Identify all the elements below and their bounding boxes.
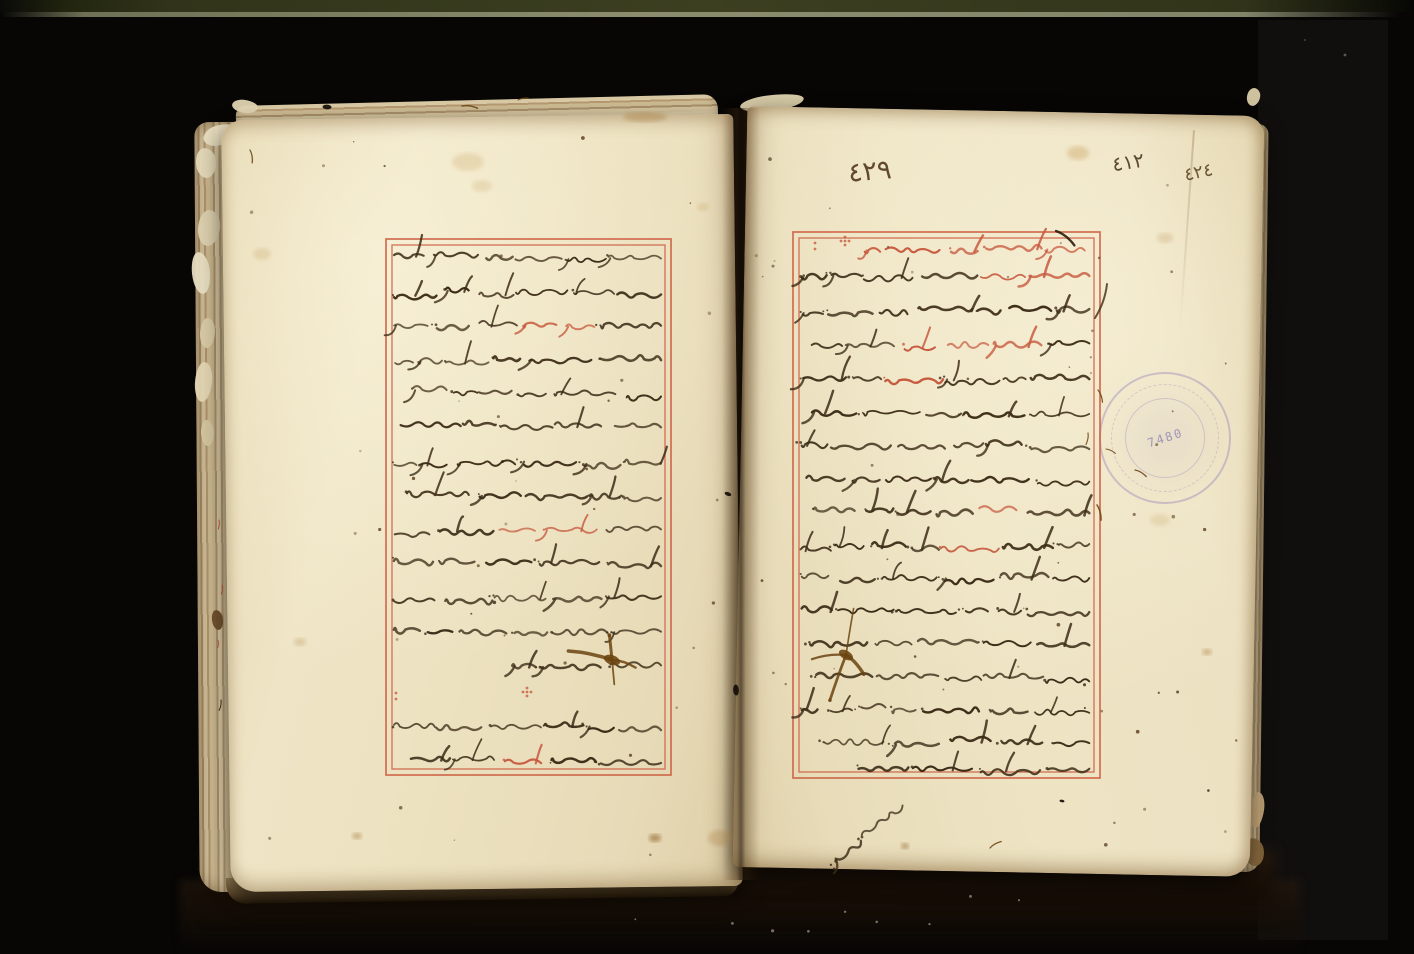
torn-paper-bit (1245, 87, 1261, 107)
torn-paper-bit (199, 318, 216, 349)
torn-paper-bit (193, 361, 213, 402)
book-gutter (722, 108, 760, 880)
torn-paper-bit (200, 420, 214, 447)
photograph: 7480 ٤٢٩ ٤١٢ ٤٢٤ (0, 0, 1414, 954)
torn-paper-bit (190, 251, 212, 295)
torn-paper-bit (231, 98, 259, 114)
torn-paper-bit (195, 147, 217, 178)
torn-paper-bit (211, 609, 225, 630)
left-page (221, 114, 742, 892)
torn-paper-bit (196, 209, 222, 247)
